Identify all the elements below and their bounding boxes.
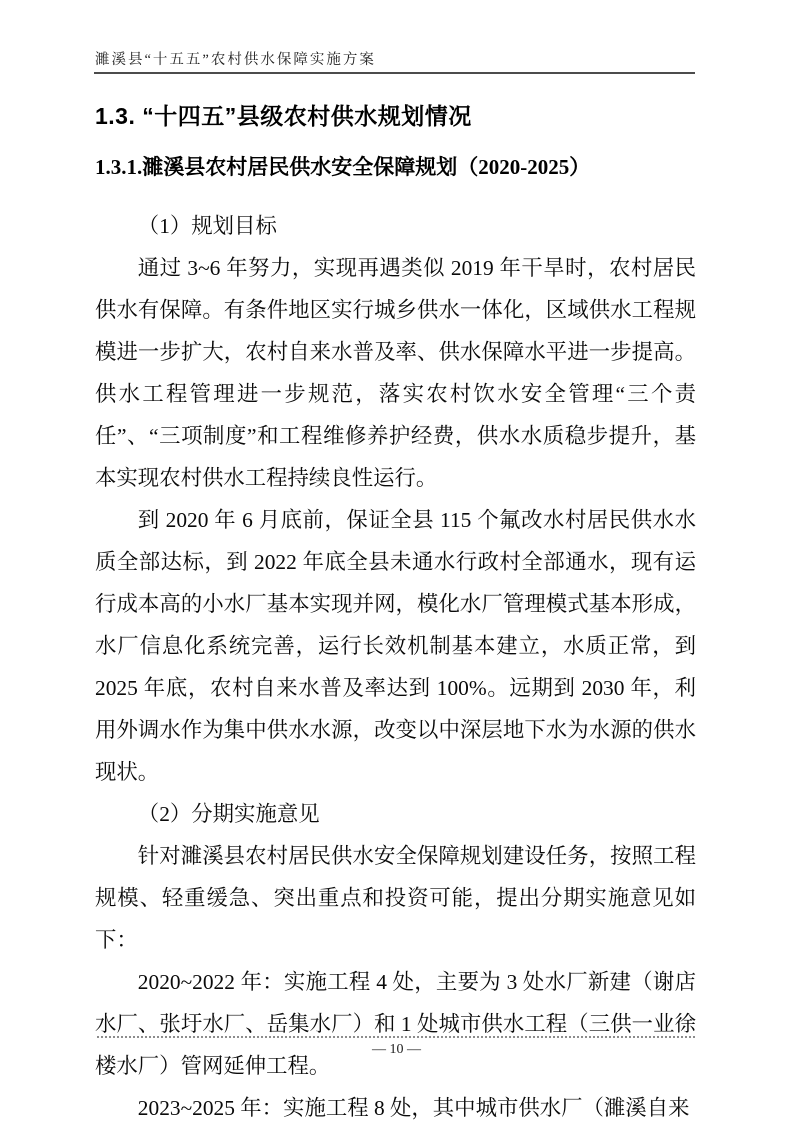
subsection-heading: 1.3.1.濉溪县农村居民供水安全保障规划（2020-2025） [95, 152, 696, 182]
page-number: — 10 — [0, 1042, 793, 1058]
body-paragraph: 到 2020 年 6 月底前，保证全县 115 个氟改水村居民供水水质全部达标，… [95, 499, 696, 793]
body-paragraph: 通过 3~6 年努力，实现再遇类似 2019 年干旱时，农村居民供水有保障。有条… [95, 247, 696, 499]
document-body: 1.3. “十四五”县级农村供水规划情况 1.3.1.濉溪县农村居民供水安全保障… [95, 101, 696, 1122]
body-paragraph: （2）分期实施意见 [95, 793, 696, 835]
section-heading: 1.3. “十四五”县级农村供水规划情况 [95, 101, 696, 132]
page-header-title: 濉溪县“十五五”农村供水保障实施方案 [95, 48, 376, 69]
body-paragraph: 2020~2022 年：实施工程 4 处，主要为 3 处水厂新建（谢店水厂、张圩… [95, 961, 696, 1087]
footer-rule [97, 1036, 695, 1038]
body-paragraph: 针对濉溪县农村居民供水安全保障规划建设任务，按照工程规模、轻重缓急、突出重点和投… [95, 835, 696, 961]
body-paragraph: （1）规划目标 [95, 205, 696, 247]
header-rule [94, 72, 695, 74]
body-paragraph: 2023~2025 年：实施工程 8 处，其中城市供水厂（濉溪自来 [95, 1087, 696, 1122]
document-page: 濉溪县“十五五”农村供水保障实施方案 1.3. “十四五”县级农村供水规划情况 … [0, 0, 793, 1122]
